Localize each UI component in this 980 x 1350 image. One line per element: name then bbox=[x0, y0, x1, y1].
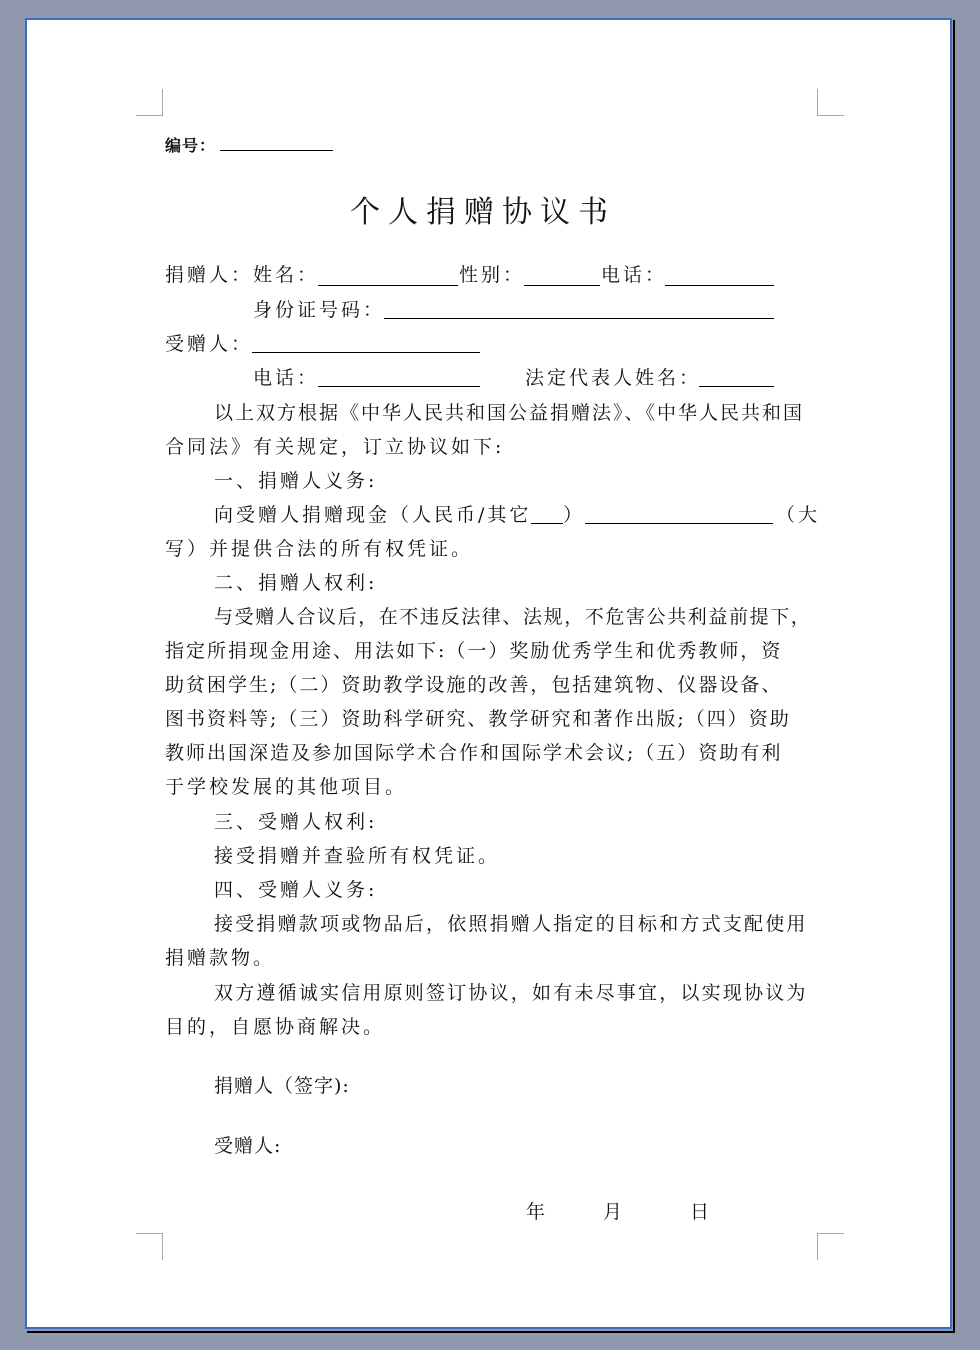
recipient-phone-field[interactable] bbox=[318, 386, 480, 387]
donor-id-field[interactable] bbox=[384, 318, 774, 319]
legal-rep-field[interactable] bbox=[699, 386, 774, 387]
serial-number-label: 编号： bbox=[165, 133, 216, 156]
margin-corner-mark bbox=[136, 89, 163, 116]
date-month-label: 月 bbox=[603, 1200, 625, 1224]
donor-gender-field[interactable] bbox=[524, 285, 600, 286]
section-heading: 三、受赠人权利: bbox=[214, 810, 377, 834]
section-text: 图书资料等;（三）资助科学研究、教学研究和著作出版;（四）资助 bbox=[165, 707, 791, 731]
section-text: 向受赠人捐赠现金（人民币/其它 bbox=[214, 503, 531, 527]
donor-gender-label: 性别： bbox=[459, 263, 525, 287]
section-text: 接受捐赠款项或物品后，依照捐赠人指定的目标和方式支配使用 bbox=[214, 912, 808, 936]
section-text: 写）并提供合法的所有权凭证。 bbox=[165, 537, 473, 561]
section-text: ） bbox=[563, 503, 585, 527]
section-heading: 二、捐赠人权利: bbox=[214, 571, 377, 595]
donor-id-label: 身份证号码： bbox=[253, 298, 385, 322]
section-text: 指定所捐现金用途、用法如下:（一）奖励优秀学生和优秀教师，资 bbox=[165, 639, 782, 663]
intro-text: 以上双方根据《中华人民共和国公益捐赠法》、《中华人民共和国 bbox=[214, 401, 804, 425]
recipient-signature-label: 受赠人: bbox=[214, 1134, 281, 1158]
date-year-label: 年 bbox=[526, 1200, 548, 1224]
document-title: 个人捐赠协议书 bbox=[350, 187, 616, 231]
margin-corner-mark bbox=[817, 1233, 844, 1260]
legal-rep-label: 法定代表人姓名： bbox=[525, 366, 701, 390]
section-text: 捐赠款物。 bbox=[165, 946, 275, 970]
donor-label: 捐赠人： bbox=[165, 263, 253, 287]
section-text: （大 bbox=[776, 503, 820, 527]
margin-corner-mark bbox=[136, 1233, 163, 1260]
donor-phone-field[interactable] bbox=[665, 285, 774, 286]
page-shadow bbox=[953, 20, 955, 1333]
amount-field[interactable] bbox=[585, 523, 773, 524]
intro-text: 合同法》有关规定，订立协议如下: bbox=[165, 435, 504, 459]
donor-phone-label: 电话： bbox=[601, 263, 667, 287]
section-heading: 四、受赠人义务: bbox=[214, 878, 377, 902]
section-text: 助贫困学生;（二）资助教学设施的改善，包括建筑物、仪器设备、 bbox=[165, 673, 782, 697]
section-heading: 一、捐赠人义务: bbox=[214, 469, 377, 493]
section-text: 于学校发展的其他项目。 bbox=[165, 775, 407, 799]
donor-name-field[interactable] bbox=[318, 285, 458, 286]
closing-text: 双方遵循诚实信用原则签订协议，如有未尽事宜，以实现协议为 bbox=[214, 981, 808, 1005]
recipient-phone-label: 电话： bbox=[253, 366, 319, 390]
recipient-name-field[interactable] bbox=[252, 352, 480, 353]
donor-signature-label: 捐赠人（签字): bbox=[214, 1074, 350, 1098]
section-text: 与受赠人合议后，在不违反法律、法规，不危害公共利益前提下， bbox=[214, 605, 811, 629]
serial-number-field[interactable] bbox=[220, 150, 333, 151]
page-shadow bbox=[27, 1331, 955, 1333]
recipient-label: 受赠人： bbox=[165, 332, 253, 356]
margin-corner-mark bbox=[817, 89, 844, 116]
section-text: 教师出国深造及参加国际学术合作和国际学术会议;（五）资助有利 bbox=[165, 741, 782, 765]
donor-name-label: 姓名： bbox=[253, 263, 319, 287]
closing-text: 目的，自愿协商解决。 bbox=[165, 1015, 385, 1039]
currency-other-field[interactable] bbox=[531, 523, 563, 524]
date-day-label: 日 bbox=[690, 1200, 712, 1224]
section-text: 接受捐赠并查验所有权凭证。 bbox=[214, 844, 500, 868]
